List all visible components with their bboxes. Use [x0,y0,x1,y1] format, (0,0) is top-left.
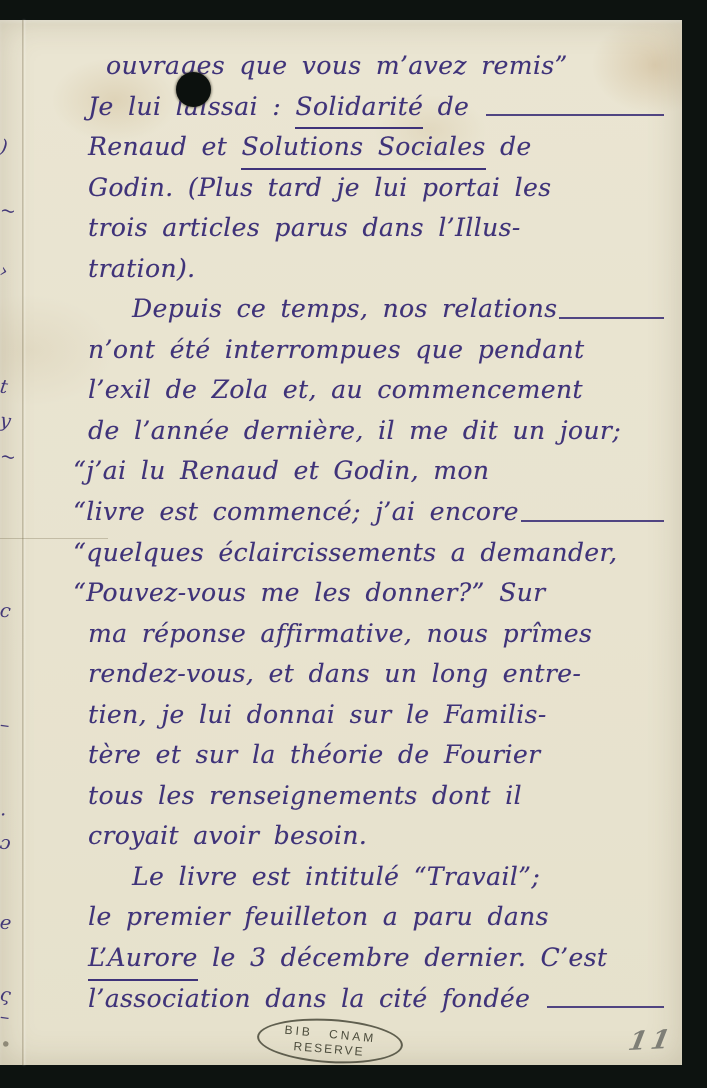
manuscript-text: rendez-vous, et dans un long entre- [88,654,581,695]
manuscript-line: Renaud et Solutions Sociales de [88,127,668,168]
margin-ink-fragment: y [0,409,12,432]
manuscript-text: l’association dans la cité fondée [88,979,545,1020]
page-number: 11 [626,1025,677,1057]
manuscript-text: l’exil de Zola et, au commencement [88,370,583,411]
manuscript-text: le 3 décembre dernier. C’est [198,938,608,979]
manuscript-line: ma réponse affirmative, nous prîmes [88,614,668,655]
manuscript-text: Depuis ce temps, nos relations [132,289,557,330]
manuscript-text: tration). [88,249,195,290]
margin-ink-fragment: › [0,260,9,283]
margin-ink-fragment: · [0,804,8,827]
manuscript-text: trois articles parus dans l’Illus- [88,208,521,249]
manuscript-text: tère et sur la théorie de Fourier [88,735,540,776]
scanned-manuscript-page: )~›ty~c–·ɔeς–• ouvrages que vous m’avez … [0,0,707,1088]
manuscript-text: “livre est commencé; j’ai encore [73,492,519,533]
hole-punch [176,72,211,107]
manuscript-text: le premier feuilleton a paru dans [88,897,549,938]
manuscript-line: Depuis ce temps, nos relations [88,289,668,330]
manuscript-line: croyait avoir besoin. [88,816,668,857]
manuscript-text: de [423,87,483,128]
manuscript-line: rendez-vous, et dans un long entre- [88,654,668,695]
manuscript-text: Godin. (Plus tard je lui portai les [88,168,551,209]
margin-ink-fragment: t [0,376,9,399]
margin-ink-fragment: • [0,1033,13,1056]
manuscript-line: “livre est commencé; j’ai encore [73,492,668,533]
manuscript-text: ma réponse affirmative, nous prîmes [88,614,592,655]
manuscript-text: tien, je lui donnai sur le Familis- [88,695,547,736]
manuscript: ouvrages que vous m’avez remis”Je lui la… [88,46,668,1019]
manuscript-text: Le livre est intitulé “Travail”; [132,857,540,898]
manuscript-line: ouvrages que vous m’avez remis” [88,46,668,87]
manuscript-line: Je lui laissai : Solidarité de [88,87,668,128]
ink-flourish-line [486,114,664,116]
margin-fragments: )~›ty~c–·ɔeς–• [0,0,24,1088]
margin-ink-fragment: ς [0,983,12,1006]
manuscript-line: Godin. (Plus tard je lui portai les [88,168,668,209]
manuscript-line: “j’ai lu Renaud et Godin, mon [73,451,668,492]
manuscript-text: de l’année dernière, il me dit un jour; [88,411,621,452]
manuscript-text: ouvrages que vous m’avez remis” [106,46,568,87]
margin-ink-fragment: ~ [0,445,17,469]
manuscript-line: l’exil de Zola et, au commencement [88,370,668,411]
margin-ink-fragment: e [0,911,13,934]
manuscript-text: tous les renseignements dont il [88,776,522,817]
manuscript-text: Solidarité [295,87,423,130]
manuscript-line: “Pouvez-vous me les donner?” Sur [73,573,668,614]
manuscript-line: L’Aurore le 3 décembre dernier. C’est [88,938,668,979]
manuscript-text: Renaud et [88,127,241,168]
manuscript-line: trois articles parus dans l’Illus- [88,208,668,249]
manuscript-text: “quelques éclaircissements a demander, [73,533,617,574]
margin-ink-fragment: c [0,599,12,622]
manuscript-line: Le livre est intitulé “Travail”; [88,857,668,898]
manuscript-line: le premier feuilleton a paru dans [88,897,668,938]
ink-flourish-line [547,1006,664,1008]
manuscript-text: Solutions Sociales [241,127,485,170]
ink-flourish-line [521,520,664,522]
manuscript-line: n’ont été interrompues que pendant [88,330,668,371]
manuscript-line: tien, je lui donnai sur le Familis- [88,695,668,736]
margin-ink-fragment: – [0,1005,11,1028]
manuscript-line: tous les renseignements dont il [88,776,668,817]
margin-ink-fragment: ɔ [0,831,12,854]
manuscript-text: n’ont été interrompues que pendant [88,330,584,371]
ink-flourish-line [559,317,664,319]
margin-ink-fragment: ~ [0,199,17,223]
margin-ink-fragment: ) [0,136,9,159]
manuscript-line: tration). [88,249,668,290]
manuscript-text: de [486,127,532,168]
manuscript-line: tère et sur la théorie de Fourier [88,735,668,776]
manuscript-text: L’Aurore [88,938,198,981]
manuscript-line: de l’année dernière, il me dit un jour; [88,411,668,452]
manuscript-text: “Pouvez-vous me les donner?” Sur [73,573,545,614]
manuscript-text: “j’ai lu Renaud et Godin, mon [73,451,489,492]
margin-ink-fragment: – [0,713,11,736]
manuscript-text: croyait avoir besoin. [88,816,367,857]
manuscript-line: l’association dans la cité fondée [88,979,668,1020]
manuscript-line: “quelques éclaircissements a demander, [73,533,668,574]
